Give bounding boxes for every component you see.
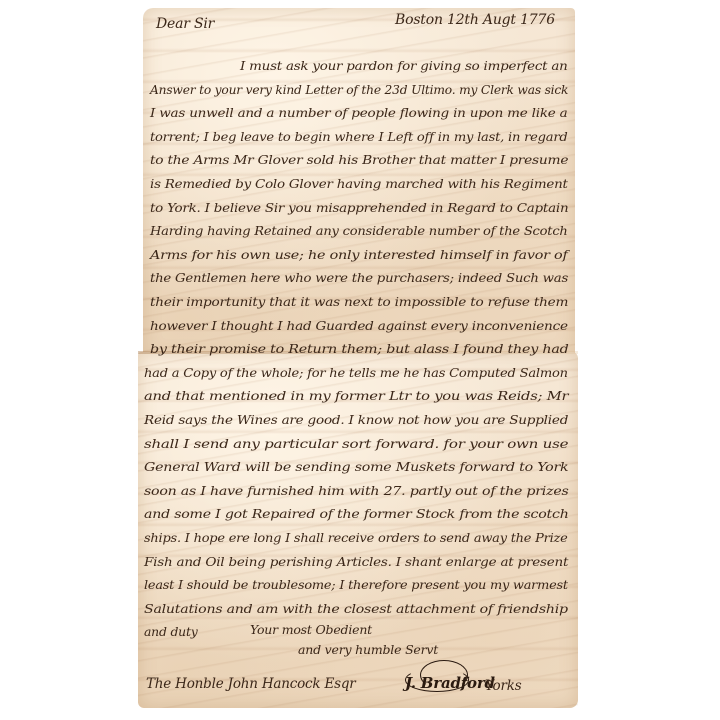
addressee: The Honble John Hancock Esqr (146, 676, 356, 692)
letter-line: soon as I have furnished him with 27. pa… (144, 483, 569, 498)
letter-line: and duty (144, 624, 198, 639)
letter-line: and some I got Repaired of the former St… (144, 506, 569, 521)
letter-line: I must ask your pardon for giving so imp… (240, 58, 568, 73)
letter-line: Salutations and am with the closest atta… (144, 601, 568, 616)
letter-line: the Gentlemen here who were the purchase… (150, 270, 568, 285)
signature-flourish (420, 660, 468, 690)
letter-line: shall I send any particular sort forward… (144, 436, 568, 451)
letter-line: least I should be troublesome; I therefo… (144, 577, 568, 592)
letter-line: is Remedied by Colo Glover having marche… (150, 176, 568, 191)
letter-line: their importunity that it was next to im… (150, 294, 568, 309)
letter-line: had a Copy of the whole; for he tells me… (144, 365, 568, 380)
closing-line: Your most Obedient (250, 622, 372, 637)
letter-line: Arms for his own use; he only interested… (150, 247, 568, 262)
letter-line: Fish and Oil being perishing Articles. I… (144, 554, 568, 569)
letter-line: however I thought I had Guarded against … (150, 318, 568, 333)
letter-line: Reid says the Wines are good. I know not… (144, 412, 568, 427)
letter-line: Answer to your very kind Letter of the 2… (150, 82, 568, 97)
letter-line: to York. I believe Sir you misapprehende… (150, 200, 568, 215)
letter-line: General Ward will be sending some Musket… (144, 459, 568, 474)
letter-line: by their promise to Return them; but ala… (150, 341, 569, 356)
letter-line: torrent; I beg leave to begin where I Le… (150, 129, 568, 144)
dateline: Boston 12th Augt 1776 (395, 12, 555, 28)
letter-line: and that mentioned in my former Ltr to y… (144, 388, 568, 403)
letter-line: ships. I hope ere long I shall receive o… (144, 530, 568, 545)
letter-line: Harding having Retained any considerable… (150, 223, 568, 238)
letter-line: I was unwell and a number of people flow… (150, 105, 568, 120)
letter-line: to the Arms Mr Glover sold his Brother t… (150, 152, 568, 167)
endorsement: Yorks (485, 678, 521, 694)
salutation: Dear Sir (156, 16, 214, 32)
closing-line: and very humble Servt (298, 642, 438, 657)
